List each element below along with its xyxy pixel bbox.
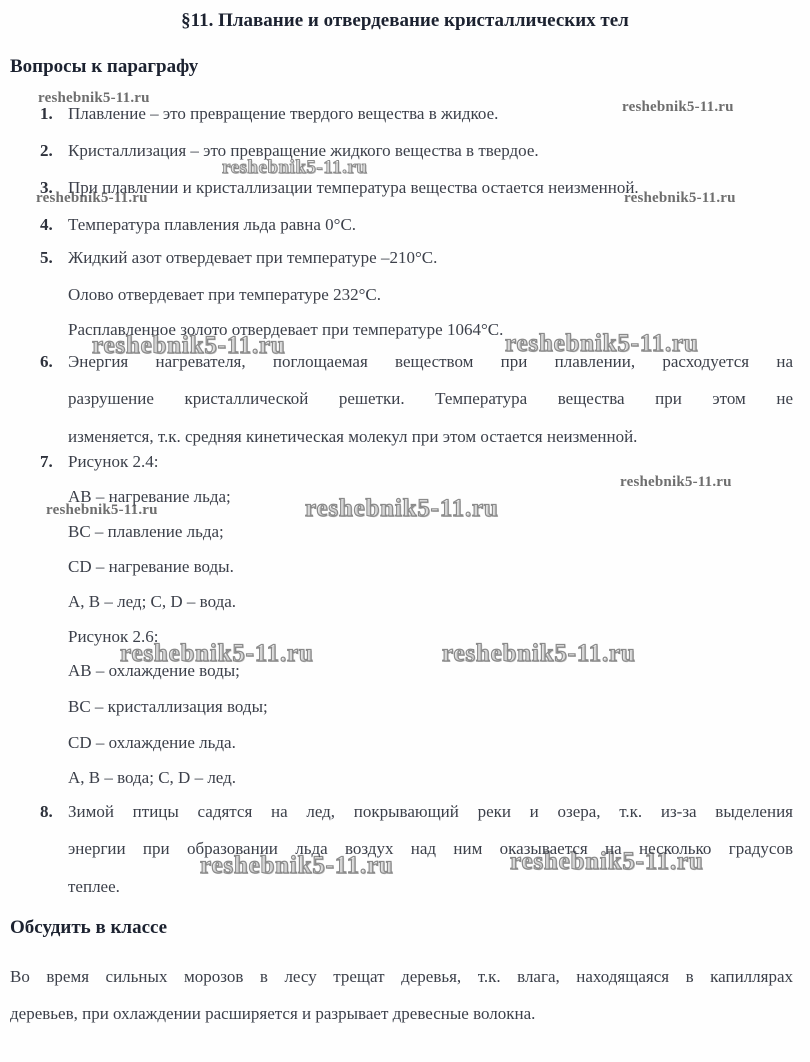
- question-line: Температура плавления льда равна 0°С.: [68, 215, 356, 235]
- question-line: При плавлении и кристаллизации температу…: [68, 178, 639, 198]
- watermark: reshebnik5-11.ru: [305, 495, 499, 523]
- question-line: Жидкий азот отвердевает при температуре …: [68, 248, 437, 268]
- question-line: изменяется, т.к. средняя кинетическая мо…: [68, 427, 793, 447]
- question-line: Зимой птицы садятся на лед, покрывающий …: [68, 802, 793, 822]
- question-line: Олово отвердевает при температуре 232°С.: [68, 285, 381, 305]
- question-line: энергии при образовании льда воздух над …: [68, 839, 793, 859]
- question-line: CD – нагревание воды.: [68, 557, 234, 577]
- question-number: 1.: [40, 104, 53, 124]
- question-line: ВС – плавление льда;: [68, 522, 224, 542]
- document-page: §11. Плавание и отвердевание кристалличе…: [0, 0, 810, 1062]
- question-number: 6.: [40, 352, 53, 372]
- question-number: 3.: [40, 178, 53, 198]
- question-line: разрушение кристаллической решетки. Темп…: [68, 389, 793, 409]
- question-line: Расплавленное золото отвердевает при тем…: [68, 320, 503, 340]
- question-number: 5.: [40, 248, 53, 268]
- question-line: CD – охлаждение льда.: [68, 733, 236, 753]
- watermark: reshebnik5-11.ru: [442, 640, 636, 668]
- watermark: reshebnik5-11.ru: [620, 474, 732, 491]
- question-line: А, В – вода; С, D – лед.: [68, 768, 236, 788]
- question-line: Кристаллизация – это превращение жидкого…: [68, 141, 539, 161]
- question-line: теплее.: [68, 877, 793, 897]
- question-number: 2.: [40, 141, 53, 161]
- question-line: Плавление – это превращение твердого вещ…: [68, 104, 498, 124]
- question-number: 8.: [40, 802, 53, 822]
- question-line: Энергия нагревателя, поглощаемая веществ…: [68, 352, 793, 372]
- question-line: АВ – охлаждение воды;: [68, 661, 240, 681]
- question-line: ВС – кристаллизация воды;: [68, 697, 268, 717]
- discussion-line: Во время сильных морозов в лесу трещат д…: [10, 967, 793, 987]
- question-line: А, В – лед; С, D – вода.: [68, 592, 236, 612]
- question-line: Рисунок 2.4:: [68, 452, 158, 472]
- questions-heading: Вопросы к параграфу: [10, 56, 198, 78]
- question-number: 4.: [40, 215, 53, 235]
- discuss-heading: Обсудить в классе: [10, 917, 167, 939]
- watermark: reshebnik5-11.ru: [622, 99, 734, 116]
- question-line: АВ – нагревание льда;: [68, 487, 231, 507]
- discussion-line: деревьев, при охлаждении расширяется и р…: [10, 1004, 793, 1024]
- watermark: reshebnik5-11.ru: [624, 190, 736, 207]
- page-title: §11. Плавание и отвердевание кристалличе…: [0, 10, 810, 32]
- question-line: Рисунок 2.6:: [68, 627, 158, 647]
- question-number: 7.: [40, 452, 53, 472]
